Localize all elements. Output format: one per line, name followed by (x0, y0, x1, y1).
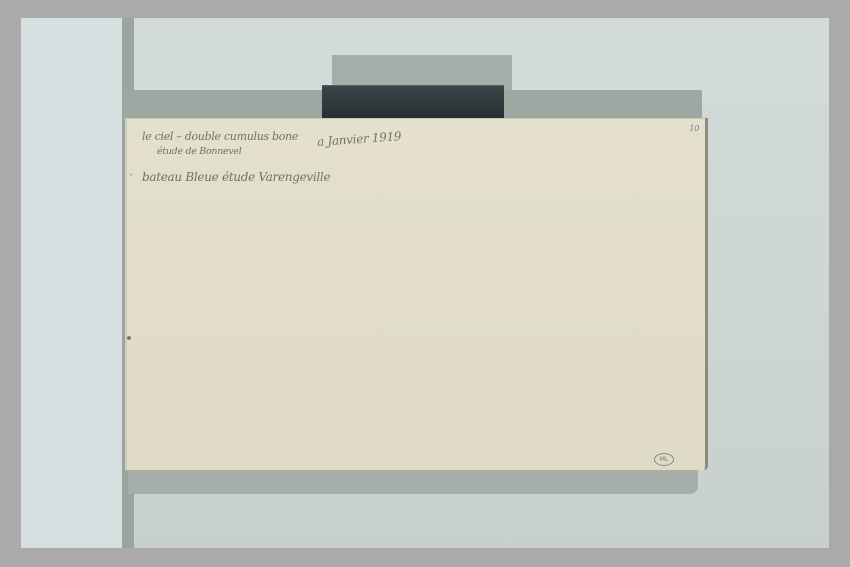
page-number: 10 (689, 124, 699, 133)
collection-stamp: ML (654, 453, 674, 466)
annotation-date: a Janvier 1919 (317, 129, 402, 149)
margin-mark: ˅ (129, 173, 133, 182)
annotation-line-2: bateau Bleue étude Varengeville (142, 170, 330, 184)
annotation-line-1: le ciel – double cumulus bone (142, 130, 298, 143)
binding-stitch-mark (127, 336, 131, 340)
annotation-line-1-sub: étude de Bonnevel (157, 146, 242, 157)
bottom-shadow (128, 470, 698, 494)
left-mount-strip (21, 18, 122, 548)
sketchbook-binding (322, 85, 504, 119)
sketchbook-page: le ciel – double cumulus bone étude de B… (125, 118, 708, 470)
